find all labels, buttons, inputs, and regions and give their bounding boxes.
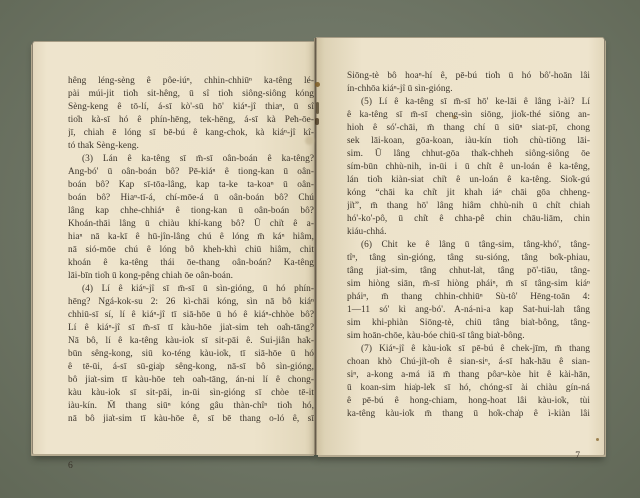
text-line: boán bô? Hiaⁿ-tī-á, chí-mōe-á ū oân-boán…	[68, 192, 314, 205]
text-line: tîⁿ, tâng sìn-gióng, tâng su-sióng, tâng…	[347, 252, 590, 265]
text-line: (4) Lí ê kiáⁿ-jî sī m̄-sī ū sìn-gióng, ū…	[68, 283, 314, 296]
text-line: (6) Chit ke ê lâng ū tâng-sim, tâng-khó'…	[347, 239, 590, 252]
text-line: sim hoān-chōe, kàu-bóe chiū-sī tâng bia̍…	[347, 330, 590, 343]
text-line: hêng léng-sèng ê pôe-iúⁿ, chhin-chhiūⁿ k…	[68, 75, 314, 88]
text-line: ka-têng kàu-io̍k m̄ thang ū ho̍k-cha̍p ê…	[347, 408, 590, 421]
text-line: sek lāi-koan, gōa-koan, iàu-kín tio̍h ch…	[347, 135, 590, 148]
text-line: tó tha̍k Sèng-keng.	[68, 140, 314, 153]
text-line: choan khò Chú-ji̍t-o̍h ê sian-siⁿ, á-sī …	[347, 356, 590, 369]
text-line: Siōng-tè bô hoaⁿ-hí ê, pē-bú tio̍h ū hó …	[347, 70, 590, 83]
left-page-text: hêng léng-sèng ê pôe-iúⁿ, chhin-chhiūⁿ k…	[68, 75, 314, 447]
text-line: hó'-ko'-pô, ū chi̍t ê chha-pê chin chāu-…	[347, 213, 590, 226]
stain-spot	[596, 438, 599, 441]
text-line: ín-chhōa kiáⁿ-jî ū sìn-gióng.	[347, 83, 590, 96]
text-line: pài múi-jit tio̍h sit-hêng, ū sî tio̍h s…	[68, 88, 314, 101]
text-line: (5) Lí ê ka-têng sī m̄-sī hō' ke-lāi ê l…	[347, 96, 590, 109]
text-line: hēng? Ngá-kok-su 2: 26 kì-chāi kóng, sìn…	[68, 296, 314, 309]
text-line: lāi-bīn tio̍h ū kong-pêng chiah ōe oân-b…	[68, 270, 314, 283]
text-line: kiáu-chhá.	[347, 226, 590, 239]
stain-spot	[315, 118, 319, 125]
text-line: Ang-bó' ū oân-boán bô? Pē-kiáⁿ ê tiong-k…	[68, 166, 314, 179]
stain-spot	[305, 136, 314, 145]
text-line: ê pē-bú ê hong-chiam, hong-hoat lâi kàu-…	[347, 395, 590, 408]
page-number: 6	[68, 460, 73, 471]
text-line: nā bô jia̍t-sim tī kàu-hōe ê, sī bē than…	[68, 413, 314, 426]
text-line: ê tē-ūi, á-sī sū-gia̍p sêng-kong, nā-sī …	[68, 361, 314, 374]
text-line: tio̍h kà-sī hó ê phín-hēng, tek-hēng, á-…	[68, 114, 314, 127]
text-line: Sèng-keng ê tō-lí, á-sī kò'-sū hō' kiáⁿ-…	[68, 101, 314, 114]
left-page: hêng léng-sèng ê pôe-iúⁿ, chhin-chhiūⁿ k…	[33, 42, 316, 454]
text-line: ê ka-têng sī m̄-sī cheng-sìn siōng, jio̍…	[347, 109, 590, 122]
text-line: boán bô? Kap sī-tōa-lâng, kap ta-ke ta-k…	[68, 179, 314, 192]
text-line: lán tio̍h kiàn-siat chi̍t ê un-loán ê ka…	[347, 174, 590, 187]
text-line: khoán ê ka-têng thái ōe-thang oân-boán? …	[68, 257, 314, 270]
text-line: hioh ê só'-chāi, m̄ thang chí ū siūⁿ sia…	[347, 122, 590, 135]
text-line: tâng jia̍t-sim, tâng chhut-la̍t, tâng pō…	[347, 265, 590, 278]
stain-spot	[452, 115, 456, 119]
text-line: nā sió-mōe chú ê lóng bô kheh-khì chiū h…	[68, 244, 314, 257]
text-line: iàu-kín. M̄ thang siūⁿ kóng gâu thàn-chî…	[68, 400, 314, 413]
open-book-photo: hêng léng-sèng ê pôe-iúⁿ, chhin-chhiūⁿ k…	[0, 0, 640, 498]
text-line: lâng kap chhe-chhiáⁿ ê tiong-kan ū oân-b…	[68, 205, 314, 218]
text-line: ji̍t”, m̄ thang hō' lâng hiâm chhù-nih ū…	[347, 200, 590, 213]
text-line: kàu kàu-io̍k sī sit-pāi, in-ūi sìn-gióng…	[68, 387, 314, 400]
text-line: Nā bô, lí ê ka-têng kàu-io̍k sī sit-pāi …	[68, 335, 314, 348]
stain-spot	[315, 82, 320, 87]
text-line: (3) Lán ê ka-têng sī m̄-sī oân-boán ê ka…	[68, 153, 314, 166]
text-line: 1—11 só' kì ang-bó'. A-ná-ni-a kap Sat-h…	[347, 304, 590, 317]
text-line: chhiū-sī sí, lí ê kiáⁿ-jî tī siā-hōe ū h…	[68, 309, 314, 322]
text-line: siⁿ, a-kong a-má iā m̄ thang pôaⁿ-kòe hi…	[347, 369, 590, 382]
book-spine-gutter	[314, 38, 317, 455]
text-line: sím-būn chhù-nih, in-ūi i ū chi̍t ê un-l…	[347, 161, 590, 174]
right-page-text: Siōng-tè bô hoaⁿ-hí ê, pē-bú tio̍h ū hó …	[347, 70, 590, 442]
text-line: sim khi-phiàn Siōng-tè, chiū tâng bia̍t-…	[347, 317, 590, 330]
page-number: 7	[575, 450, 580, 461]
text-line: pháiⁿ, m̄ thang chhin-chhiūⁿ Sù-tô' Hēng…	[347, 291, 590, 304]
text-line: sim. Ū lâng chhut-gōa tha̍k-chheh siông-…	[347, 148, 590, 161]
text-line: sim hiòng siān, m̄-sī hiòng pháiⁿ, m̄ sī…	[347, 278, 590, 291]
text-line: būn sêng-kong, siū ko-téng kàu-io̍k, tī …	[68, 348, 314, 361]
text-line: jī, chiah ē lóng sī bē-bú ê kang-chok, k…	[68, 127, 314, 140]
stain-spot	[316, 102, 319, 114]
text-line: Lí ê kiáⁿ-jî sī m̄-sī tī kàu-hōe jia̍t-s…	[68, 322, 314, 335]
text-line: hiaⁿ nā ka-kī ê hū-jîn-lâng chú ê lóng m…	[68, 231, 314, 244]
text-line: ū koan-sim hia̍p-le̍k sī hó, chóng-sī ài…	[347, 382, 590, 395]
text-line: Khoán-thāi lâng ū chiàu khí-kang bô? Ū c…	[68, 218, 314, 231]
text-line: bô jia̍t-sim tī kàu-hōe teh oa̍h-tāng, á…	[68, 374, 314, 387]
right-page: Siōng-tè bô hoaⁿ-hí ê, pē-bú tio̍h ū hó …	[316, 38, 604, 455]
text-line: kóng “chāi ka chi̍t jit khah iáⁿ chāi gō…	[347, 187, 590, 200]
text-line: (7) Kiáⁿ-jî ê kàu-io̍k sī pē-bú ê chek-j…	[347, 343, 590, 356]
